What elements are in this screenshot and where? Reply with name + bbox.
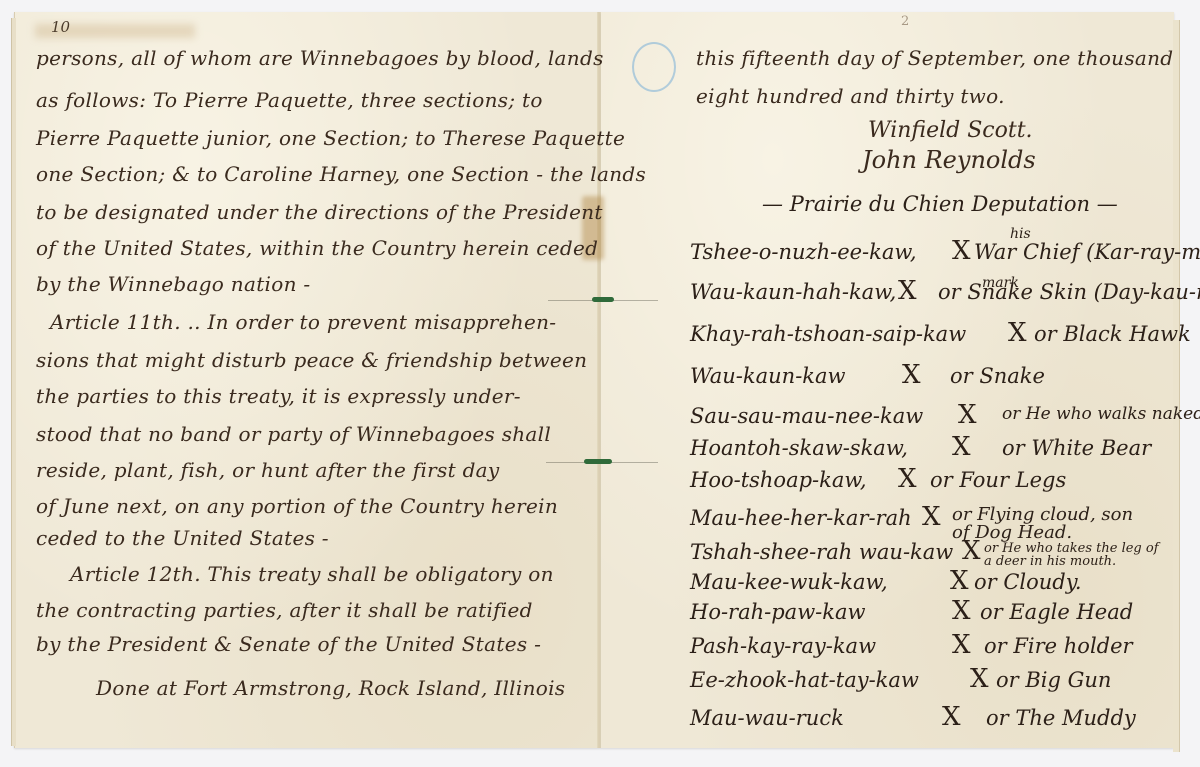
signatory-english-name: or Black Hawk bbox=[1034, 322, 1191, 346]
green-thread-tie bbox=[584, 459, 612, 464]
x-mark-icon: X bbox=[1008, 318, 1027, 348]
text-line: persons, all of whom are Winnebagoes by … bbox=[36, 46, 604, 70]
x-mark-icon: X bbox=[952, 596, 971, 626]
text-line: as follows: To Pierre Paquette, three se… bbox=[36, 88, 543, 112]
signatory-english-name: or Big Gun bbox=[996, 668, 1111, 692]
x-mark-icon: X bbox=[958, 400, 977, 430]
text-line: of the United States, within the Country… bbox=[36, 236, 598, 260]
text-line: the parties to this treaty, it is expres… bbox=[36, 384, 521, 408]
signatory-english-name: or Cloudy. bbox=[974, 570, 1082, 594]
signatory-name: Tshee-o-nuzh-ee-kaw, bbox=[690, 240, 917, 264]
archive-stamp-icon bbox=[632, 42, 676, 92]
text-line: stood that no band or party of Winnebago… bbox=[36, 422, 551, 446]
page-number: 2 bbox=[901, 14, 909, 29]
text-line: sions that might disturb peace & friends… bbox=[36, 348, 587, 372]
deputation-heading: — Prairie du Chien Deputation — bbox=[762, 192, 1118, 216]
signatory-name: Wau-kaun-hah-kaw, bbox=[690, 280, 896, 304]
text-line: Pierre Paquette junior, one Section; to … bbox=[36, 126, 625, 150]
signature-john-reynolds: John Reynolds bbox=[862, 146, 1036, 174]
text-line: this fifteenth day of September, one tho… bbox=[696, 46, 1173, 70]
page-number: 10 bbox=[51, 18, 70, 36]
text-line: one Section; & to Caroline Harney, one S… bbox=[36, 162, 646, 186]
signatory-name: Wau-kaun-kaw bbox=[690, 364, 846, 388]
signatory-name: Hoo-tshoap-kaw, bbox=[690, 468, 867, 492]
article-12-heading: Article 12th. This treaty shall be oblig… bbox=[70, 562, 554, 586]
text-line: eight hundred and thirty two. bbox=[696, 84, 1005, 108]
x-mark-icon: X bbox=[952, 432, 971, 462]
signatory-english-name: or Four Legs bbox=[930, 468, 1066, 492]
green-thread-tie bbox=[592, 297, 614, 302]
signatory-english-name: or Fire holder bbox=[984, 634, 1133, 658]
signatory-english-name: or He who takes the leg of a deer in his… bbox=[984, 542, 1164, 568]
signatory-english-name: or Snake Skin (Day-kau-ray) bbox=[938, 280, 1200, 304]
text-line: reside, plant, fish, or hunt after the f… bbox=[36, 458, 500, 482]
signatory-english-name: or He who walks naked bbox=[1002, 404, 1200, 424]
text-line: the contracting parties, after it shall … bbox=[36, 598, 533, 622]
signatory-name: Mau-wau-ruck bbox=[690, 706, 844, 730]
signatory-name: Mau-hee-her-kar-rah bbox=[690, 506, 912, 530]
text-line: of June next, on any portion of the Coun… bbox=[36, 494, 558, 518]
text-line: to be designated under the directions of… bbox=[36, 200, 603, 224]
x-mark-icon: X bbox=[902, 360, 921, 390]
signatory-name: Hoantoh-skaw-skaw, bbox=[690, 436, 908, 460]
signatory-name: Khay-rah-tshoan-saip-kaw bbox=[690, 322, 966, 346]
signatory-english-name: or Snake bbox=[950, 364, 1045, 388]
x-mark-icon: X bbox=[942, 702, 961, 732]
text-line: Done at Fort Armstrong, Rock Island, Ill… bbox=[96, 676, 565, 700]
text-line: by the Winnebago nation - bbox=[36, 272, 310, 296]
x-mark-icon: X bbox=[898, 464, 917, 494]
signature-winfield-scott: Winfield Scott. bbox=[868, 118, 1033, 143]
signatory-english-name: or Eagle Head bbox=[980, 600, 1133, 624]
signatory-english-name: War Chief (Kar-ray-mau-nee) bbox=[974, 240, 1200, 264]
x-mark-icon: X bbox=[952, 236, 971, 266]
signatory-english-name: or The Muddy bbox=[986, 706, 1136, 730]
text-line: ceded to the United States - bbox=[36, 526, 329, 550]
x-mark-icon: X bbox=[962, 536, 981, 566]
x-mark-icon: X bbox=[970, 664, 989, 694]
x-mark-icon: X bbox=[952, 630, 971, 660]
signatory-name: Sau-sau-mau-nee-kaw bbox=[690, 404, 923, 428]
x-mark-icon: X bbox=[898, 276, 917, 306]
signatory-name: Ee-zhook-hat-tay-kaw bbox=[690, 668, 919, 692]
signatory-name: Ho-rah-paw-kaw bbox=[690, 600, 866, 624]
signatory-name: Mau-kee-wuk-kaw, bbox=[690, 570, 888, 594]
article-11-heading: Article 11th. .. In order to prevent mis… bbox=[50, 310, 556, 334]
text-line: by the President & Senate of the United … bbox=[36, 632, 541, 656]
signatory-name: Tshah-shee-rah wau-kaw bbox=[690, 540, 953, 564]
x-mark-icon: X bbox=[950, 566, 969, 596]
signatory-name: Pash-kay-ray-kaw bbox=[690, 634, 876, 658]
signatory-english-name: or White Bear bbox=[1002, 436, 1151, 460]
signatory-english-name: or Flying cloud, son of Dog Head. bbox=[952, 506, 1152, 542]
x-mark-icon: X bbox=[922, 502, 941, 532]
